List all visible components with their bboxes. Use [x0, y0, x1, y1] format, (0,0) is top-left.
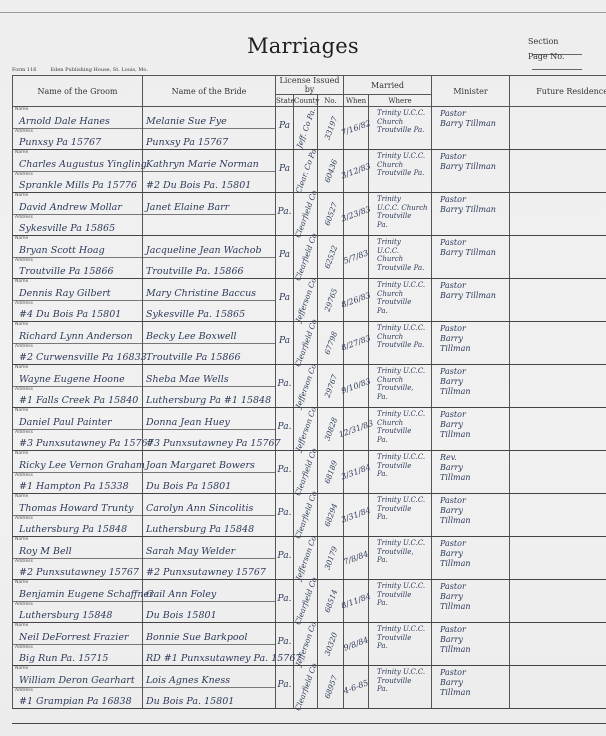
col-where: Where — [369, 95, 432, 107]
license-number: 29765 — [322, 287, 339, 312]
table-row: NameDavid Andrew Mollar AddressSykesvill… — [13, 193, 606, 236]
page-title: Marriages — [0, 34, 606, 58]
page-line — [532, 69, 582, 70]
section-label: Section — [528, 37, 558, 46]
bride-address: Sykesville Pa. 15865 — [146, 309, 245, 320]
groom-name: Bryan Scott Hoag — [19, 245, 105, 256]
col-groom: Name of the Groom — [13, 76, 143, 107]
bride-name: Janet Elaine Barr — [146, 202, 229, 213]
married-when: 8/27/83 — [340, 333, 372, 352]
future-residence — [510, 494, 606, 537]
bride-address: Du Bois Pa 15801 — [146, 481, 231, 492]
license-county: Jefferson Co — [293, 621, 317, 668]
married-where: Trinity U.C.C. Troutville Pa. — [369, 451, 431, 479]
married-when: 9/8/84 — [342, 635, 369, 652]
future-residence — [510, 279, 606, 322]
license-county: Jefferson Co — [293, 363, 317, 410]
bride-name: Sarah May Welder — [146, 546, 235, 557]
groom-address: #1 Falls Creek Pa 15840 — [19, 395, 138, 406]
minister: Pastor Barry Tillman — [432, 150, 509, 172]
groom-name: Charles Augustus Yingling — [19, 159, 147, 170]
married-where: Trinity U.C.C. Troutville, Pa. — [369, 537, 431, 565]
name-label: Name — [15, 408, 28, 413]
license-state: Pa — [276, 236, 293, 260]
married-where: Trinity U.C.C. Church Troutville Pa. — [369, 107, 431, 135]
minister: Pastor Barry Tillman — [432, 623, 509, 655]
license-number: 33197 — [322, 115, 339, 140]
name-label: Name — [15, 666, 28, 671]
address-label: Address — [15, 258, 33, 263]
name-label: Name — [15, 451, 28, 456]
groom-name: William Deron Gearhart — [19, 675, 135, 686]
license-state: Pa. — [276, 580, 293, 604]
address-label: Address — [15, 602, 33, 607]
minister: Pastor Barry Tillman — [432, 107, 509, 129]
married-when: 3/12/83 — [340, 161, 372, 180]
married-when: 4-6-85 — [342, 678, 369, 695]
license-county: Clearfield Co — [293, 232, 319, 282]
license-state: Pa. — [276, 451, 293, 475]
address-label: Address — [15, 645, 33, 650]
license-state: Pa — [276, 107, 293, 131]
groom-address: Sprankle Mills Pa 15776 — [19, 180, 137, 191]
married-where: Trinity U.C.C. Troutville Pa. — [369, 666, 431, 694]
name-label: Name — [15, 322, 28, 327]
married-when: 7/8/84 — [342, 549, 369, 566]
license-number: 60527 — [322, 201, 339, 226]
license-state: Pa. — [276, 365, 293, 389]
minister: Pastor Barry Tillman — [432, 666, 509, 698]
address-label: Address — [15, 301, 33, 306]
married-when: 3/31/84 — [340, 462, 372, 481]
license-state: Pa. — [276, 408, 293, 432]
name-label: Name — [15, 279, 28, 284]
bride-name: Carolyn Ann Sincolitis — [146, 503, 253, 514]
bride-name: Sheba Mae Wells — [146, 374, 229, 385]
bride-name: Lois Agnes Kness — [146, 675, 230, 686]
future-residence — [510, 193, 606, 236]
license-county: Clearfield Co — [293, 490, 319, 540]
address-label: Address — [15, 559, 33, 564]
name-label: Name — [15, 193, 28, 198]
table-row: NameWayne Eugene Hoone Address#1 Falls C… — [13, 365, 606, 408]
bride-name: Donna Jean Huey — [146, 417, 230, 428]
col-number: No. — [318, 95, 344, 107]
bride-name: Mary Christine Baccus — [146, 288, 256, 299]
col-county: County — [294, 95, 318, 107]
groom-address: #1 Grampian Pa 16838 — [19, 696, 132, 707]
table-row: NameCharles Augustus Yingling AddressSpr… — [13, 150, 606, 193]
address-label: Address — [15, 430, 33, 435]
married-where: Trinity U.C.C. Troutville Pa. — [369, 494, 431, 522]
groom-name: Benjamin Eugene Schaffner — [19, 589, 154, 600]
married-where: Trinity U.C.C. Church Troutville Pa. — [369, 408, 431, 444]
bride-address: Luthersburg Pa 15848 — [146, 524, 254, 535]
register-page: Marriages Section Page No. Form 116Eden … — [0, 0, 606, 736]
address-label: Address — [15, 688, 33, 693]
license-county: Jefferson Co — [293, 277, 317, 324]
name-label: Name — [15, 623, 28, 628]
married-where: Trinity U.C.C. Church Troutville, Pa. — [369, 365, 431, 401]
bride-address: Du Bois Pa. 15801 — [146, 696, 234, 707]
license-county: Clearfield Co — [293, 662, 319, 712]
address-label: Address — [15, 387, 33, 392]
table-row: NameRichard Lynn Anderson Address#2 Curw… — [13, 322, 606, 365]
address-label: Address — [15, 344, 33, 349]
page-edge-line — [0, 12, 606, 13]
col-minister: Minister — [432, 76, 510, 107]
groom-name: Neil DeForrest Frazier — [19, 632, 128, 643]
table-row: NameBryan Scott Hoag AddressTroutville P… — [13, 236, 606, 279]
license-number: 30828 — [322, 416, 339, 441]
license-state: Pa. — [276, 537, 293, 561]
license-number: 68957 — [322, 674, 339, 699]
name-label: Name — [15, 537, 28, 542]
license-state: Pa. — [276, 623, 293, 647]
groom-address: #4 Du Bois Pa 15801 — [19, 309, 121, 320]
married-where: Trinity U.C.C. Troutville Pa. — [369, 580, 431, 608]
future-residence — [510, 666, 606, 709]
name-label: Name — [15, 107, 28, 112]
form-number: Form 116 — [12, 67, 36, 73]
future-residence — [510, 580, 606, 623]
groom-address: Big Run Pa. 15715 — [19, 653, 108, 664]
future-residence — [510, 451, 606, 494]
groom-name: Ricky Lee Vernon Graham — [19, 460, 145, 471]
bride-name: Gail Ann Foley — [146, 589, 216, 600]
table-row: NameDennis Ray Gilbert Address#4 Du Bois… — [13, 279, 606, 322]
future-residence — [510, 623, 606, 666]
married-when: 7/16/82 — [340, 118, 372, 137]
bride-name: Bonnie Sue Barkpool — [146, 632, 247, 643]
married-where: Trinity U.C.C. Troutville Pa. — [369, 623, 431, 651]
page-label: Page No. — [528, 52, 564, 61]
marriage-register-table: Name of the Groom Name of the Bride Lice… — [12, 75, 606, 709]
groom-name: Roy M Bell — [19, 546, 72, 557]
license-number: 68514 — [322, 588, 339, 613]
col-when: When — [344, 95, 369, 107]
bride-address: Luthersburg Pa #1 15848 — [146, 395, 271, 406]
minister: Pastor Barry Tillman — [432, 580, 509, 612]
col-state: State — [276, 95, 294, 107]
license-state: Pa. — [276, 666, 293, 690]
bride-address: Punxsy Pa 15767 — [146, 137, 228, 148]
bride-address: #2 Punxsutawney 15767 — [146, 567, 266, 578]
license-county: Jefferson Co — [293, 406, 317, 453]
table-row: NameArnold Dale Hanes AddressPunxsy Pa 1… — [13, 107, 606, 150]
future-residence — [510, 150, 606, 193]
address-label: Address — [15, 215, 33, 220]
license-number: 30320 — [322, 631, 339, 656]
bride-name: Joan Margaret Bowers — [146, 460, 255, 471]
license-state: Pa — [276, 150, 293, 174]
license-number: 30179 — [322, 545, 339, 570]
table-row: NameNeil DeForrest Frazier AddressBig Ru… — [13, 623, 606, 666]
minister: Pastor Barry Tillman — [432, 365, 509, 397]
minister: Pastor Barry Tillman — [432, 494, 509, 526]
groom-name: Arnold Dale Hanes — [19, 116, 110, 127]
married-where: Trinity U.C.C. Church Troutville Pa. — [369, 236, 431, 272]
form-info: Form 116Eden Publishing House, St. Louis… — [12, 67, 162, 73]
bride-name: Kathryn Marie Norman — [146, 159, 259, 170]
license-county: Clearfield Co — [293, 447, 319, 497]
table-row: NameDaniel Paul Painter Address#3 Punxsu… — [13, 408, 606, 451]
future-residence — [510, 322, 606, 365]
groom-address: #3 Punxsutawney Pa 15767 — [19, 438, 154, 449]
minister: Pastor Barry Tillman — [432, 193, 509, 215]
bride-address: #3 Punxsutawney Pa 15767 — [146, 438, 281, 449]
married-when: 9/10/83 — [340, 376, 372, 395]
groom-address: Punxsy Pa 15767 — [19, 137, 101, 148]
license-state: Pa — [276, 279, 293, 303]
table-bottom-line — [12, 723, 606, 724]
minister: Rev. Barry Tillman — [432, 451, 509, 483]
name-label: Name — [15, 580, 28, 585]
groom-address: Troutville Pa 15866 — [19, 266, 114, 277]
license-number: 67798 — [322, 330, 339, 355]
license-county: Jefferson Co — [293, 535, 317, 582]
bride-address: Du Bois 15801 — [146, 610, 217, 621]
bride-name: Jacqueline Jean Wachob — [146, 245, 262, 256]
publisher: Eden Publishing House, St. Louis, Mo. — [50, 67, 147, 73]
future-residence — [510, 365, 606, 408]
married-where: Trinity U.C.C. Church Troutville Pa. — [369, 322, 431, 350]
groom-name: Wayne Eugene Hoone — [19, 374, 125, 385]
bride-address: #2 Du Bois Pa. 15801 — [146, 180, 251, 191]
table-row: NameBenjamin Eugene Schaffner AddressLut… — [13, 580, 606, 623]
name-label: Name — [15, 365, 28, 370]
col-license: License Issued by — [276, 76, 344, 95]
groom-name: Dennis Ray Gilbert — [19, 288, 111, 299]
groom-name: Daniel Paul Painter — [19, 417, 112, 428]
license-county: Clearfield Co — [293, 576, 319, 626]
license-number: 62532 — [322, 244, 339, 269]
license-number: 29767 — [322, 373, 339, 398]
minister: Pastor Barry Tillman — [432, 408, 509, 440]
license-state: Pa. — [276, 494, 293, 518]
col-residence: Future Residence — [510, 76, 606, 107]
married-where: Trinity U.C.C. Church Troutville Pa. — [369, 279, 431, 315]
col-bride: Name of the Bride — [143, 76, 276, 107]
address-label: Address — [15, 172, 33, 177]
married-where: Trinity U.C.C. Church Troutville Pa. — [369, 150, 431, 178]
future-residence — [510, 408, 606, 451]
minister: Pastor Barry Tillman — [432, 279, 509, 301]
license-county: Clearfield Co — [293, 189, 319, 239]
groom-name: Richard Lynn Anderson — [19, 331, 133, 342]
col-married: Married — [344, 76, 432, 95]
bride-name: Becky Lee Boxwell — [146, 331, 237, 342]
license-county: Clear. Co Pa — [293, 148, 317, 195]
groom-address: Sykesville Pa 15865 — [19, 223, 115, 234]
address-label: Address — [15, 516, 33, 521]
table-row: NameRoy M Bell Address#2 Punxsutawney 15… — [13, 537, 606, 580]
married-when: 3/31/84 — [340, 505, 372, 524]
license-state: Pa — [276, 322, 293, 346]
future-residence — [510, 236, 606, 279]
groom-address: #2 Curwensville Pa 16833 — [19, 352, 147, 363]
address-label: Address — [15, 473, 33, 478]
table-row: NameThomas Howard Trunty AddressLuthersb… — [13, 494, 606, 537]
bride-address: Troutville Pa 15866 — [146, 352, 241, 363]
name-label: Name — [15, 150, 28, 155]
minister: Pastor Barry Tillman — [432, 322, 509, 354]
future-residence — [510, 107, 606, 150]
minister: Pastor Barry Tillman — [432, 236, 509, 258]
license-number: 68189 — [322, 459, 339, 484]
married-when: 8/11/84 — [340, 591, 372, 610]
groom-name: Thomas Howard Trunty — [19, 503, 133, 514]
license-number: 68294 — [322, 502, 339, 527]
bride-name: Melanie Sue Fye — [146, 116, 227, 127]
name-label: Name — [15, 236, 28, 241]
page-number-field: Page No. — [528, 52, 606, 70]
groom-address: Luthersburg 15848 — [19, 610, 112, 621]
name-label: Name — [15, 494, 28, 499]
groom-address: #2 Punxsutawney 15767 — [19, 567, 139, 578]
married-when: 3/23/83 — [340, 204, 372, 223]
married-when: 5/7/83 — [342, 248, 369, 265]
groom-name: David Andrew Mollar — [19, 202, 122, 213]
license-number: 60436 — [322, 158, 339, 183]
license-county: Jeff. Co Pa. — [294, 107, 317, 149]
married-when: 8/26/83 — [340, 290, 372, 309]
groom-address: #1 Hampton Pa 15338 — [19, 481, 129, 492]
minister: Pastor Barry Tillman — [432, 537, 509, 569]
bride-address: Troutville Pa. 15866 — [146, 266, 244, 277]
address-label: Address — [15, 129, 33, 134]
license-state: Pa. — [276, 193, 293, 217]
groom-address: Luthersburg Pa 15848 — [19, 524, 127, 535]
future-residence — [510, 537, 606, 580]
table-row: NameWilliam Deron Gearhart Address#1 Gra… — [13, 666, 606, 709]
license-county: Clearfield Co — [293, 318, 319, 368]
table-row: NameRicky Lee Vernon Graham Address#1 Ha… — [13, 451, 606, 494]
married-where: Trinity U.C.C. Church Troutville Pa. — [369, 193, 431, 229]
